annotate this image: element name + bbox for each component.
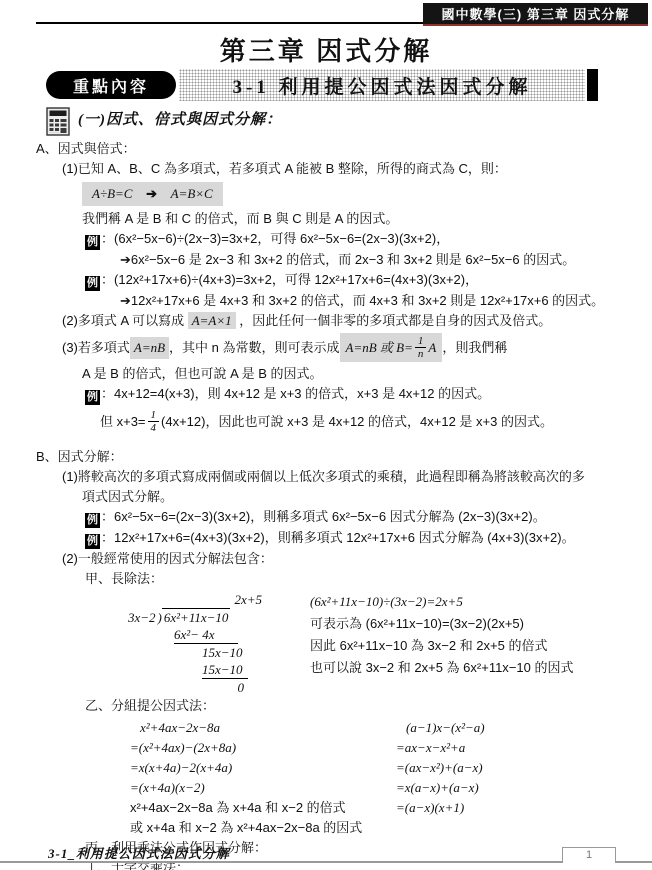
textbook-page: 國中數學(三) 第三章 因式分解 第三章 因式分解 重點內容 3-1 利用提公因… [0,0,652,870]
highlight-equation: A÷B=C ➔ A=B×C [82,182,223,206]
note-line: (6x²+11x−10)÷(3x−2)=2x+5 [310,591,573,613]
example-text: 4x+12=4(x+3)，則 4x+12 是 x+3 的倍式，x+3 是 4x+… [114,386,490,401]
list-intro: (2)一般經常使用的因式分解法包含： [62,549,642,569]
divisor: 3x−2 [128,610,156,625]
text-segment: (2)多項式 A 可以寫成 [62,313,184,328]
note-line: 我們稱 A 是 B 和 C 的倍式，而 B 與 C 則是 A 的因式。 [82,209,642,229]
partA-subheading: A、因式與倍式： [36,139,642,159]
topic-heading: (一)因式、倍式與因式分解： [78,107,642,133]
section-endcap [587,69,598,101]
definition-line: (2)多項式 A 可以寫成 A=A×1 ，因此任何一個非零的多項式都是自身的因式… [62,311,642,331]
definition-line: (3)若多項式 A=nB ，其中 n 為常數，則可表示成 A=nB 或 B= 1… [62,331,642,364]
denominator: n [415,347,427,360]
section-title-strip: 3-1 利用提公因式法因式分解 [179,69,585,101]
definition-line-wrap: 項式因式分解。 [82,487,642,507]
derivation-step: =(a−x)(x+1) [396,798,485,818]
example-conclusion: ➔12x²+17x+6 是 4x+3 和 3x+2 的倍式，而 4x+3 和 3… [120,291,642,311]
dividend: 6x²+11x−10 [162,608,231,626]
example-line: 例：4x+12=4(x+3)，則 4x+12 是 x+3 的倍式，x+3 是 4… [85,384,642,405]
definition-line: (1)將較高次的多項式寫成兩個或兩個以上低次多項式的乘積，此過程即稱為將該較高次… [62,467,642,487]
text-segment: (4x+12)，因此也可說 x+3 是 4x+12 的倍式，4x+12 是 x+… [161,412,553,432]
text-segment: ，其中 n 為常數，則可表示成 [169,338,339,358]
colon: ： [101,231,114,246]
page-content: (一)因式、倍式與因式分解： A、因式與倍式： (1)已知 A、B、C 為多項式… [36,107,642,870]
example-line: 例：6x²−5x−6=(2x−3)(3x+2)，則稱多項式 6x²−5x−6 因… [85,507,642,528]
expression: x²+4ax−2x−8a [140,718,396,738]
example-text: (6x²−5x−6)÷(2x−3)=3x+2，可得 6x²−5x−6=(2x−3… [114,231,449,246]
conclusion-line: x²+4ax−2x−8a 為 x+4a 和 x−2 的倍式 [130,798,396,818]
example-badge-icon: 例 [85,534,100,549]
derivation-step: =x(x+4a)−2(x+4a) [130,758,396,778]
header-rule [36,22,424,24]
denominator: 4 [148,421,160,434]
section-banner: 重點內容 3-1 利用提公因式法因式分解 [46,69,598,101]
footer-rule [0,861,652,863]
derivation-step: =(x+4a)(x−2) [130,778,396,798]
fraction: 1 n [415,335,427,360]
grouping-right-column: (a−1)x−(x²−a) =ax−x−x²+a =(ax−x²)+(a−x) … [396,718,485,838]
remainder-step: 15x−10 [202,644,248,661]
example-badge-icon: 例 [85,513,100,528]
formula-segment: A=nB 或 B= [346,338,413,358]
numerator: 1 [148,409,160,421]
note-line: 可表示為 (6x²+11x−10)=(3x−2)(2x+5) [310,613,573,635]
text-segment: ，因此任何一個非零的多項式都是自身的因式及倍式。 [239,313,551,328]
example-badge-icon: 例 [85,390,100,405]
note-line: 也可以說 3x−2 和 2x+5 為 6x²+11x−10 的因式 [310,657,573,679]
expression: (a−1)x−(x²−a) [406,718,485,738]
conclusion-line: 或 x+4a 和 x−2 為 x²+4ax−2x−8a 的因式 [130,818,396,838]
long-division-notes: (6x²+11x−10)÷(3x−2)=2x+5 可表示為 (6x²+11x−1… [310,591,573,696]
colon: ： [101,386,114,401]
text-segment: (3)若多項式 [62,338,130,358]
definition-line: (1)已知 A、B、C 為多項式，若多項式 A 能被 B 整除，所得的商式為 C… [62,159,642,179]
grouping-examples: x²+4ax−2x−8a =(x²+4ax)−(2x+8a) =x(x+4a)−… [36,718,642,838]
example-line: 例：12x²+17x+6=(4x+3)(3x+2)，則稱多項式 12x²+17x… [85,528,642,549]
formula-segment: A [428,338,436,358]
highlight-equation-row: A÷B=C ➔ A=B×C [82,182,642,206]
example-text: (12x²+17x+6)÷(4x+3)=3x+2，可得 12x²+17x+6=(… [114,272,478,287]
example-badge-icon: 例 [85,235,100,250]
calculator-icon [46,107,70,142]
note-line: A 是 B 的倍式，但也可說 A 是 B 的因式。 [82,364,642,384]
highlight-formula: A=nB 或 B= 1 n A [340,333,443,362]
example-conclusion: ➔6x²−5x−6 是 2x−3 和 3x+2 的倍式，而 2x−3 和 3x+… [120,250,642,270]
equation-right: A=B×C [171,186,213,201]
derivation-step: =(ax−x²)+(a−x) [396,758,485,778]
key-points-badge: 重點內容 [46,71,176,99]
chapter-title: 第三章 因式分解 [0,31,652,68]
highlight-formula: A=A×1 [188,312,236,329]
partB-subheading: B、因式分解： [36,447,642,467]
long-division-work: 2x+5 3x−2)6x²+11x−10 6x²− 4x 15x−10 15x−… [128,591,278,696]
example-continuation: 但 x+3= 1 4 (4x+12)，因此也可說 x+3 是 4x+12 的倍式… [100,405,642,438]
highlight-formula: A=nB [130,337,169,359]
subtraction-step: 6x²− 4x [174,626,238,644]
example-line: 例：(6x²−5x−6)÷(2x−3)=3x+2，可得 6x²−5x−6=(2x… [85,229,642,250]
derivation-step: =ax−x−x²+a [396,738,485,758]
fraction: 1 4 [148,409,160,434]
method-b-heading: 乙、分組提公因式法： [85,696,642,716]
page-number: 1 [562,847,616,863]
example-text: 6x²−5x−6=(2x−3)(3x+2)，則稱多項式 6x²−5x−6 因式分… [114,509,546,524]
long-division-section: 2x+5 3x−2)6x²+11x−10 6x²− 4x 15x−10 15x−… [128,591,642,696]
colon: ： [101,272,114,287]
final-remainder: 0 [202,679,244,696]
derivation-step: =x(a−x)+(a−x) [396,778,485,798]
section-title: 3-1 利用提公因式法因式分解 [232,72,531,99]
subtraction-step: 15x−10 [202,661,248,679]
footer-section-title: 3-1_利用提公因式法因式分解 [48,843,230,862]
header-badge: 國中數學(三) 第三章 因式分解 [423,3,648,26]
example-badge-icon: 例 [85,276,100,291]
method-a-heading: 甲、長除法： [85,569,642,589]
colon: ： [101,530,114,545]
text-segment: 但 x+3= [100,412,146,432]
note-line: 因此 6x²+11x−10 為 3x−2 和 2x+5 的倍式 [310,635,573,657]
colon: ： [101,509,114,524]
example-text: 12x²+17x+6=(4x+3)(3x+2)，則稱多項式 12x²+17x+6… [114,530,575,545]
equation-left: A÷B=C [92,186,132,201]
arrow-icon: ➔ [146,186,157,201]
derivation-step: =(x²+4ax)−(2x+8a) [130,738,396,758]
grouping-left-column: x²+4ax−2x−8a =(x²+4ax)−(2x+8a) =x(x+4a)−… [130,718,396,838]
example-line: 例：(12x²+17x+6)÷(4x+3)=3x+2，可得 12x²+17x+6… [85,270,642,291]
text-segment: ，則我們稱 [442,338,507,358]
divisor-dividend-row: 3x−2)6x²+11x−10 [128,608,278,626]
quotient: 2x+5 [128,591,264,608]
numerator: 1 [415,335,427,347]
